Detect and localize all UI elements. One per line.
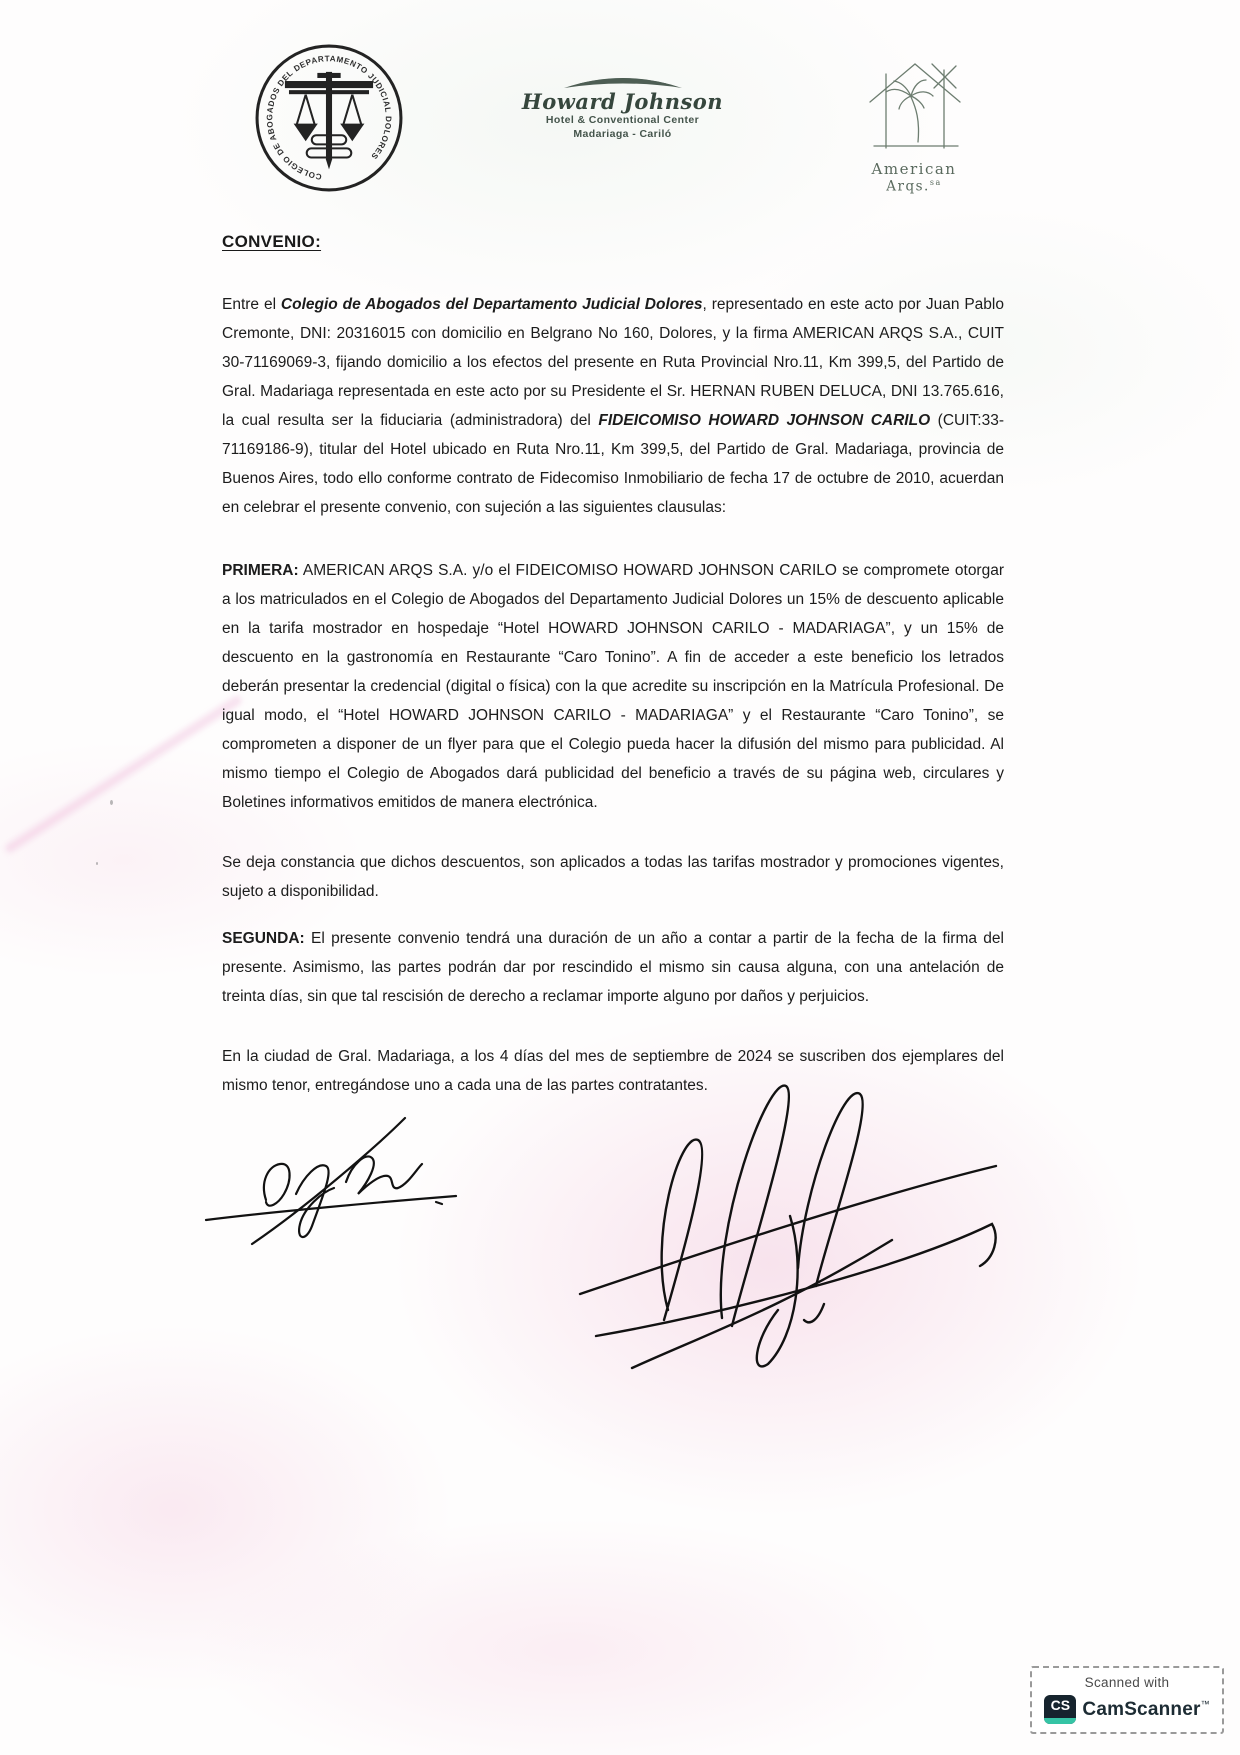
american-arqs-line1: American [872, 160, 957, 178]
scan-speck [96, 862, 98, 865]
document-title: CONVENIO: [222, 232, 321, 252]
camscanner-brand: CamScanner™ [1082, 1699, 1209, 1721]
howard-johnson-subtitle: Hotel & Conventional Center [515, 113, 730, 127]
scanned-with-label: Scanned with [1038, 1675, 1216, 1690]
howard-johnson-location: Madariaga - Cariló [515, 127, 730, 141]
american-arqs-line2: Arqs.sa [850, 178, 978, 195]
american-arqs-wordmark: American Arqs.sa [850, 161, 978, 195]
pink-scan-streak [4, 694, 244, 854]
howard-johnson-wordmark: Howard Johnson [515, 91, 730, 113]
clause-primera-paragraph: PRIMERA: AMERICAN ARQS S.A. y/o el FIDEI… [222, 556, 1004, 817]
intro-paragraph: Entre el Colegio de Abogados del Departa… [222, 290, 1004, 522]
camscanner-badge: Scanned with CS CamScanner™ [1030, 1666, 1224, 1734]
left-signature [200, 1106, 470, 1246]
sunburst-arc-icon [558, 70, 688, 90]
howard-johnson-logo: Howard Johnson Hotel & Conventional Cent… [515, 70, 730, 141]
house-palm-sketch-icon [862, 58, 966, 154]
scanned-document-page: COLEGIO DE ABOGADOS DEL DEPARTAMENTO JUD… [0, 0, 1240, 1755]
trademark-symbol: ™ [1201, 1699, 1210, 1709]
clause-segunda-paragraph: SEGUNDA: El presente convenio tendrá una… [222, 924, 1004, 1011]
camscanner-logo-icon: CS [1044, 1695, 1076, 1724]
scales-of-justice-icon [285, 72, 372, 167]
colegio-abogados-seal-logo: COLEGIO DE ABOGADOS DEL DEPARTAMENTO JUD… [253, 42, 405, 194]
right-signature [572, 1068, 1002, 1378]
american-arqs-logo: American Arqs.sa [850, 58, 978, 195]
scan-speck [110, 800, 113, 805]
constancia-paragraph: Se deja constancia que dichos descuentos… [222, 848, 1004, 906]
